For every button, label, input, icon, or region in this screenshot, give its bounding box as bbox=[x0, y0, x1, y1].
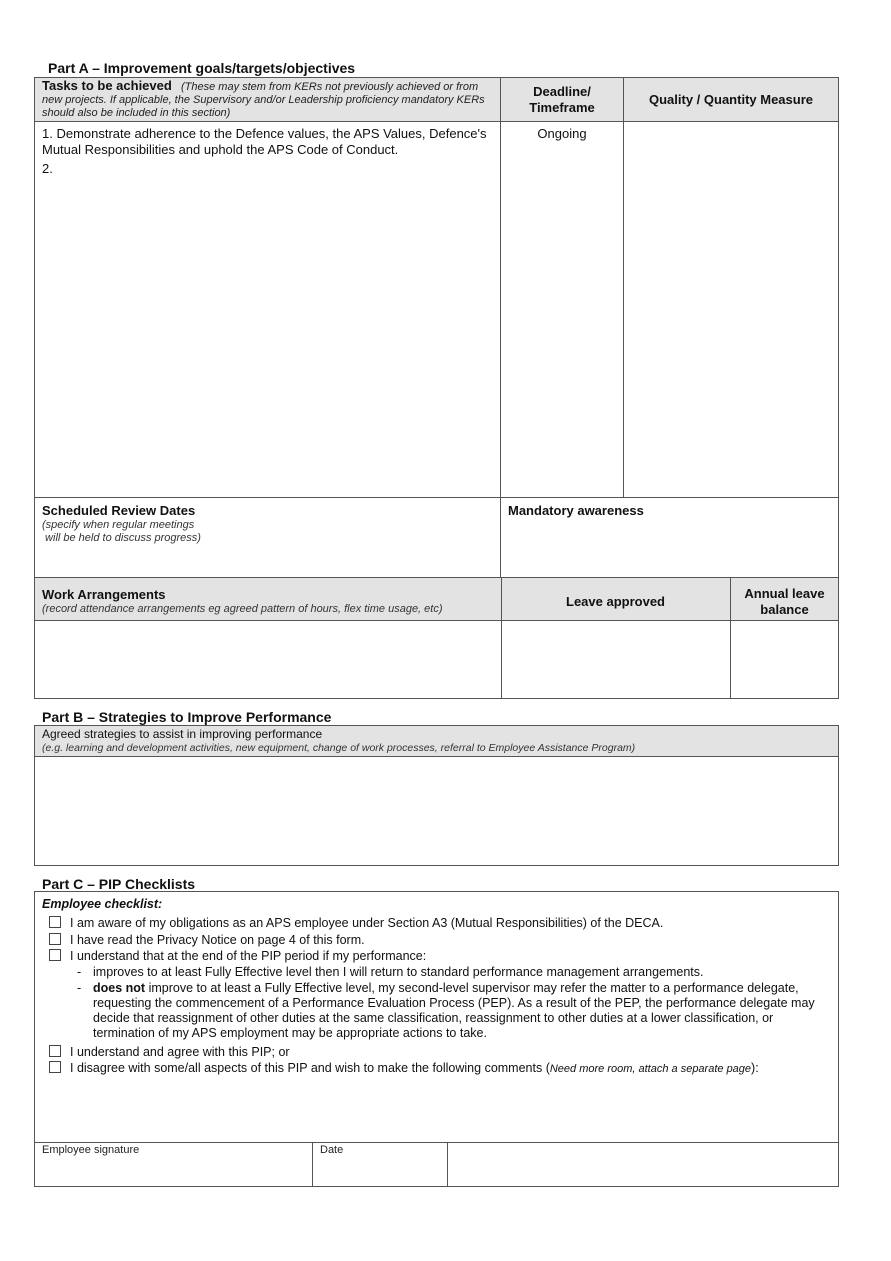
employee-signature-field[interactable] bbox=[36, 1158, 311, 1185]
checklist-item-agree: I understand and agree with this PIP; or bbox=[49, 1045, 290, 1060]
checkbox-pip-period[interactable] bbox=[49, 949, 61, 961]
mandatory-awareness-field[interactable] bbox=[502, 520, 837, 576]
date-field[interactable] bbox=[314, 1158, 446, 1185]
checklist-item-pip-period: I understand that at the end of the PIP … bbox=[49, 949, 426, 964]
divider bbox=[34, 77, 839, 78]
divider bbox=[730, 577, 731, 699]
task-2-text[interactable]: 2. bbox=[42, 161, 492, 177]
divider bbox=[34, 891, 839, 892]
checklist-item-privacy: I have read the Privacy Notice on page 4… bbox=[49, 933, 365, 948]
divider bbox=[34, 725, 35, 866]
divider bbox=[447, 1142, 448, 1186]
checklist-item-disagree: I disagree with some/all aspects of this… bbox=[49, 1061, 759, 1077]
divider bbox=[34, 497, 839, 498]
divider bbox=[838, 725, 839, 866]
divider bbox=[312, 1142, 313, 1186]
date-label: Date bbox=[320, 1144, 343, 1156]
divider bbox=[838, 891, 839, 1187]
divider bbox=[34, 1186, 839, 1187]
part-b-title: Part B – Strategies to Improve Performan… bbox=[42, 709, 331, 725]
leave-approved-label: Leave approved bbox=[501, 594, 730, 609]
divider bbox=[34, 77, 35, 699]
tasks-header-label: Tasks to be achieved bbox=[42, 78, 172, 93]
divider bbox=[34, 865, 839, 866]
leave-approved-field[interactable] bbox=[502, 621, 729, 697]
employee-checklist-title: Employee checklist: bbox=[42, 897, 162, 911]
work-arrangements-note: (record attendance arrangements eg agree… bbox=[42, 603, 443, 616]
divider bbox=[500, 77, 501, 577]
strategies-field[interactable] bbox=[36, 758, 837, 864]
deadline-header: Deadline/ Timeframe bbox=[501, 84, 623, 116]
divider bbox=[838, 77, 839, 699]
divider bbox=[34, 121, 839, 122]
annual-leave-balance-label: Annual leave balance bbox=[731, 586, 838, 618]
review-dates-label: Scheduled Review Dates bbox=[42, 503, 195, 518]
task-1-deadline[interactable]: Ongoing bbox=[501, 126, 623, 142]
signature-extra-field[interactable] bbox=[448, 1143, 837, 1185]
review-dates-note-2: will be held to discuss progress) bbox=[42, 532, 201, 545]
checklist-item-obligations: I am aware of my obligations as an APS e… bbox=[49, 916, 663, 931]
divider bbox=[34, 1142, 839, 1143]
part-b-header: Agreed strategies to assist in improving… bbox=[42, 727, 322, 741]
divider bbox=[34, 725, 839, 726]
checkbox-privacy[interactable] bbox=[49, 933, 61, 945]
tasks-header: Tasks to be achieved (These may stem fro… bbox=[42, 79, 494, 120]
checkbox-obligations[interactable] bbox=[49, 916, 61, 928]
review-dates-field[interactable] bbox=[36, 548, 499, 576]
mandatory-awareness-label: Mandatory awareness bbox=[508, 503, 644, 518]
work-arrangements-field[interactable] bbox=[36, 621, 499, 697]
divider bbox=[34, 891, 35, 1187]
annual-leave-balance-field[interactable] bbox=[732, 621, 837, 697]
divider bbox=[501, 577, 502, 699]
divider bbox=[623, 77, 624, 497]
checkbox-disagree[interactable] bbox=[49, 1061, 61, 1073]
divider bbox=[34, 756, 839, 757]
quality-header: Quality / Quantity Measure bbox=[624, 92, 838, 107]
divider bbox=[34, 577, 839, 578]
review-dates-note-1: (specify when regular meetings bbox=[42, 519, 194, 532]
part-b-note: (e.g. learning and development activitie… bbox=[42, 742, 635, 755]
part-a-title: Part A – Improvement goals/targets/objec… bbox=[48, 60, 355, 76]
quality-measure-field[interactable] bbox=[624, 122, 838, 497]
checkbox-agree[interactable] bbox=[49, 1045, 61, 1057]
divider bbox=[34, 698, 839, 699]
comments-field[interactable] bbox=[36, 1078, 837, 1141]
employee-signature-label: Employee signature bbox=[42, 1144, 139, 1156]
divider bbox=[34, 620, 839, 621]
part-c-title: Part C – PIP Checklists bbox=[42, 876, 195, 892]
work-arrangements-label: Work Arrangements bbox=[42, 587, 166, 602]
task-1-text[interactable]: 1. Demonstrate adherence to the Defence … bbox=[42, 126, 492, 158]
